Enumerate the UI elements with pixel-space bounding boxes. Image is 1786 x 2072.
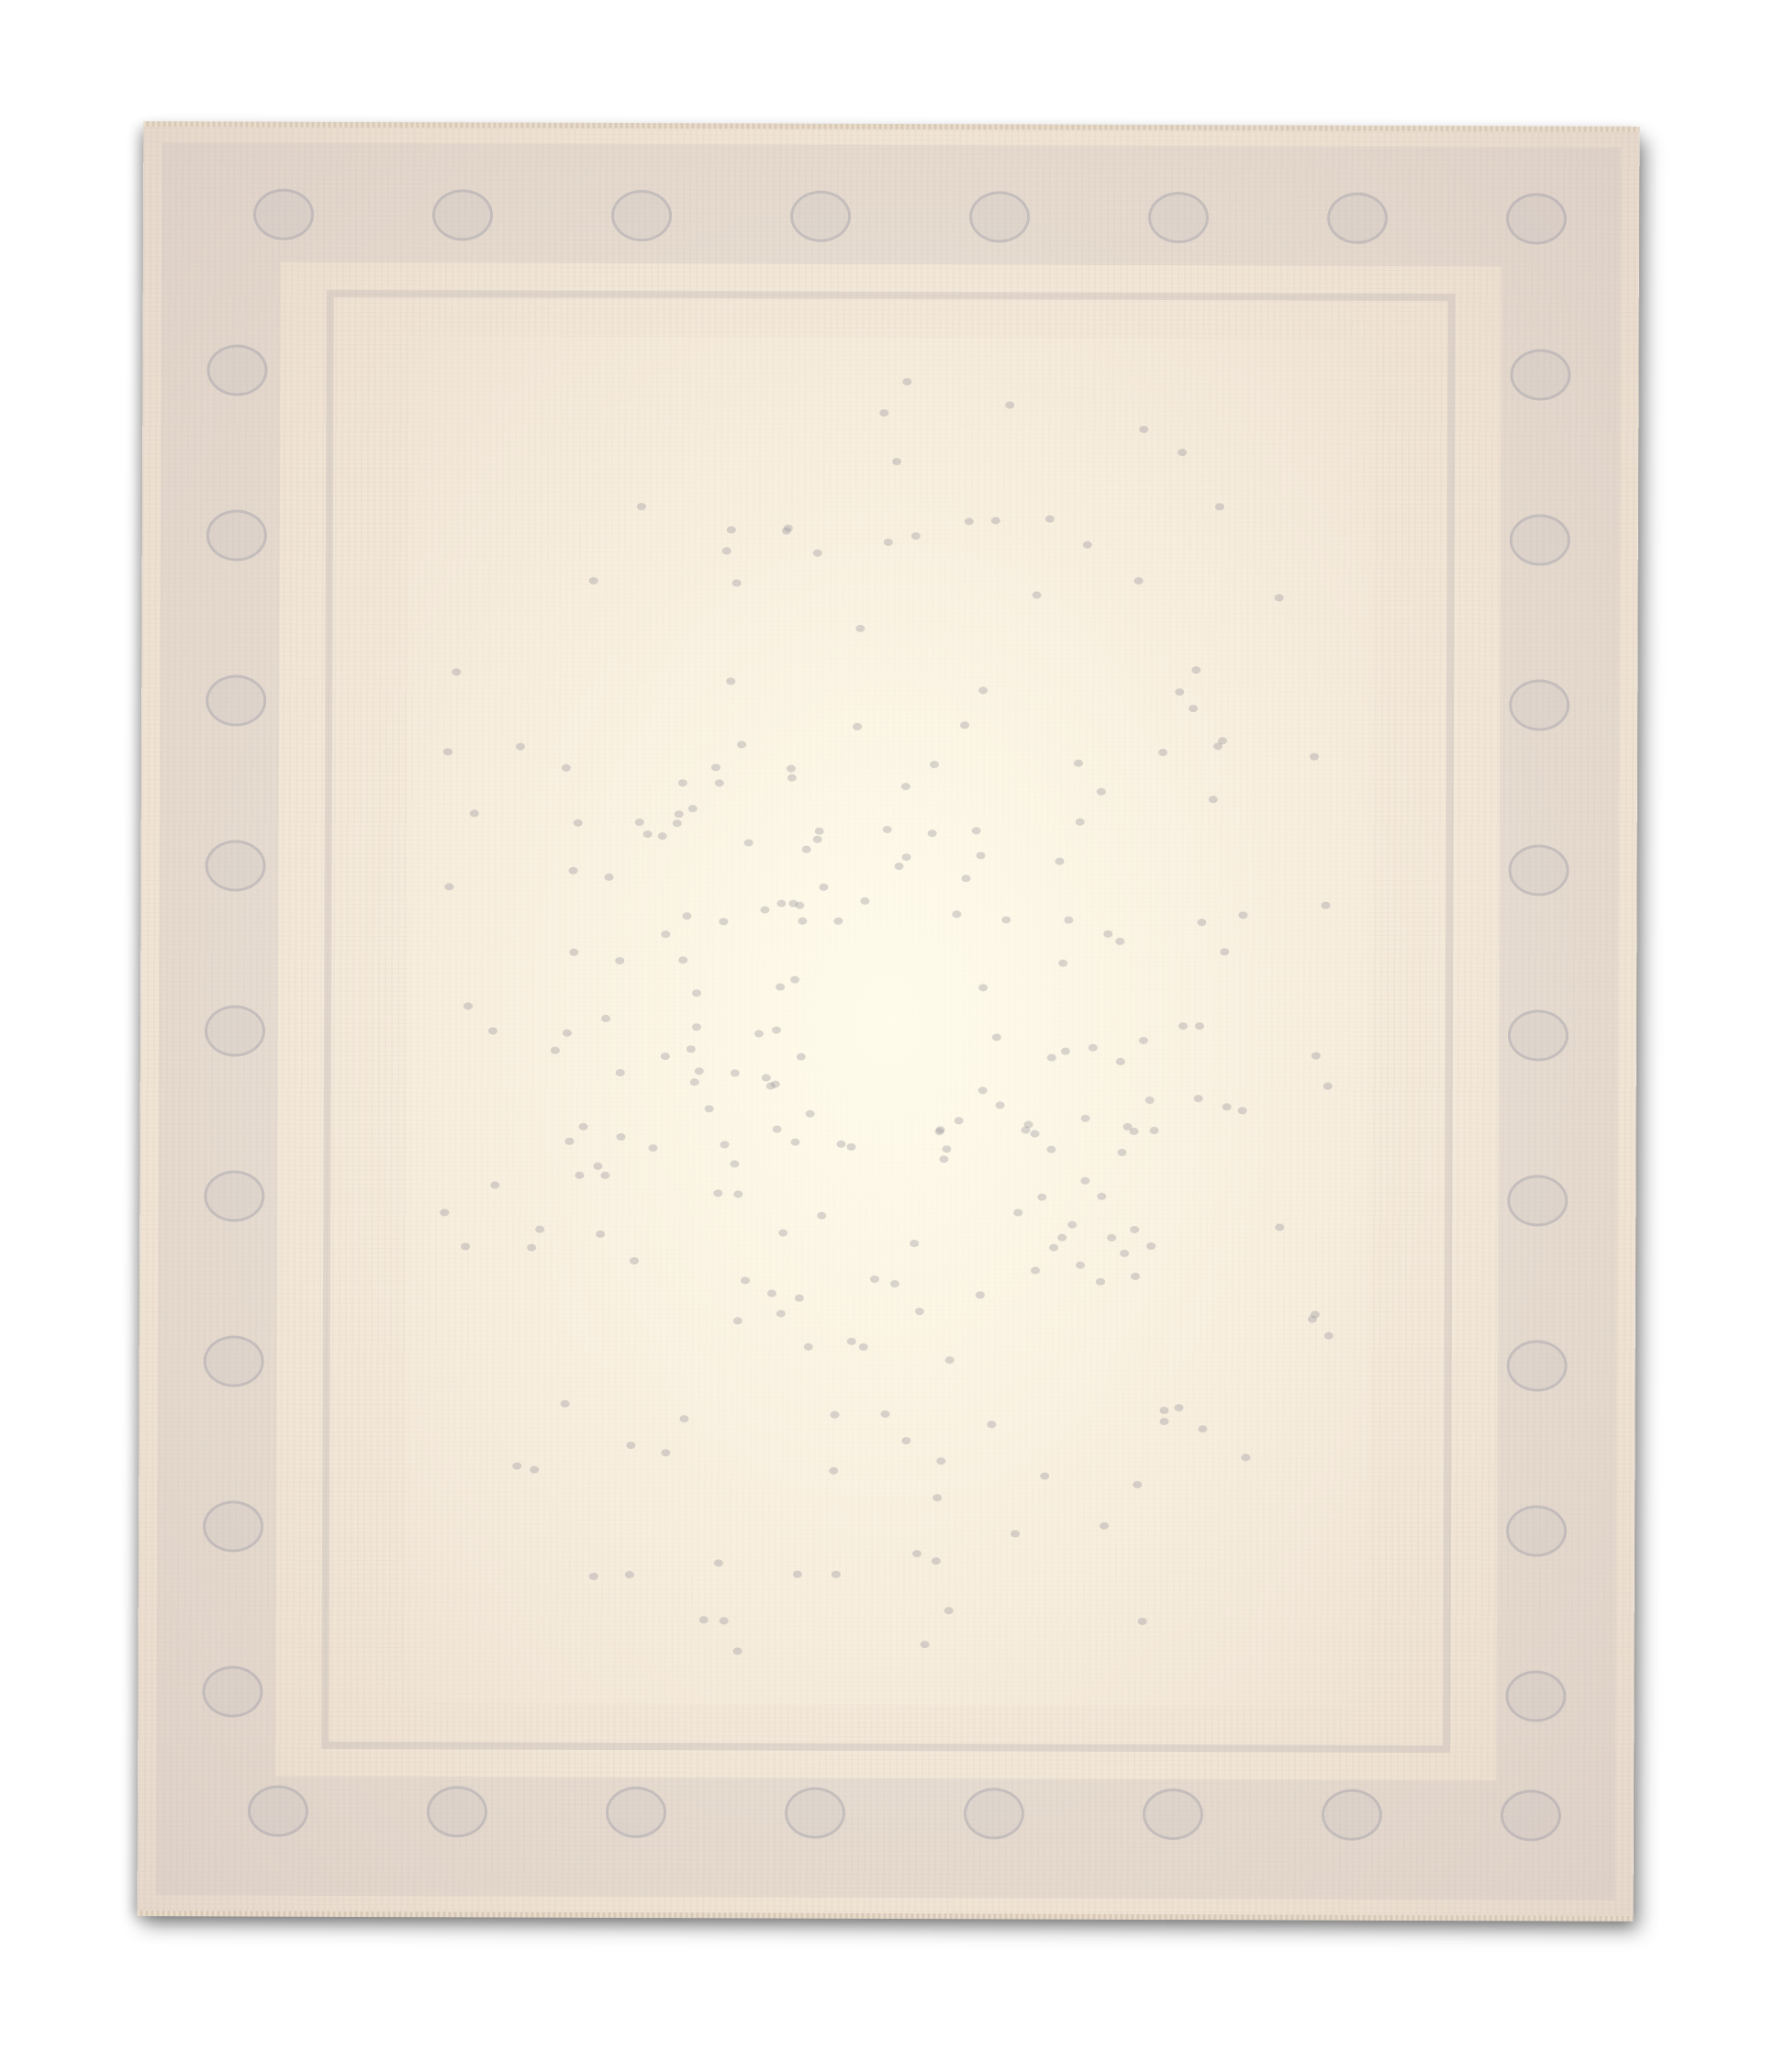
floral-fleck [1238,911,1247,919]
palmette-motif [253,189,314,240]
palmette-motif [1507,1175,1568,1226]
floral-fleck [892,458,901,465]
floral-fleck [733,1190,742,1198]
floral-fleck [772,1125,781,1132]
floral-fleck [443,748,452,755]
floral-fleck [940,1155,949,1163]
floral-fleck [661,1053,670,1060]
floral-fleck [884,539,893,546]
floral-fleck [744,839,753,846]
floral-fleck [797,1053,806,1060]
floral-fleck [726,678,735,685]
palmette-motif [204,1335,264,1387]
palmette-motif [790,191,851,242]
floral-fleck [563,1029,572,1036]
floral-fleck [853,723,862,730]
floral-fleck [527,1243,536,1251]
floral-fleck [731,579,741,586]
floral-fleck [1133,1481,1142,1488]
floral-fleck [1117,1148,1126,1155]
floral-fleck [977,1087,987,1095]
floral-fleck [487,1028,497,1035]
floral-fleck [561,1400,570,1408]
floral-fleck [1115,1058,1124,1065]
palmette-motif [1327,193,1388,244]
palmette-motif [432,189,493,240]
floral-fleck [1010,1530,1020,1537]
floral-fleck [1005,401,1014,408]
floral-fleck [719,919,728,926]
floral-fleck [995,1101,1004,1108]
palmette-motif [785,1788,845,1839]
floral-fleck [928,830,937,837]
palmette-motif [1501,1789,1561,1841]
floral-fleck [730,1160,739,1167]
floral-fleck [1076,818,1085,825]
floral-fleck [1081,1176,1090,1184]
floral-fleck [692,1023,701,1030]
floral-fleck [930,761,939,768]
palmette-motif [206,674,266,726]
floral-fleck [870,1276,879,1283]
floral-fleck [901,783,910,790]
floral-fleck [911,532,921,540]
rug-bottom-edge [138,1910,1634,1922]
palmette-motif [1148,192,1209,243]
floral-fleck [1146,1242,1155,1250]
floral-fleck [1122,1123,1132,1131]
floral-fleck [855,624,865,631]
floral-fleck [593,1163,602,1170]
floral-fleck [678,779,687,786]
floral-fleck [1065,916,1074,923]
palmette-motif [1143,1788,1203,1840]
floral-fleck [512,1462,521,1469]
floral-fleck [699,1616,709,1623]
floral-fleck [901,1437,910,1444]
floral-fleck [551,1046,560,1053]
rug [138,124,1640,1919]
floral-fleck [818,1211,827,1219]
palmette-motif [611,190,672,241]
floral-fleck [630,1257,639,1264]
palmette-motif [1506,1505,1567,1556]
palmette-motif [205,1005,265,1056]
floral-fleck [683,912,692,919]
floral-fleck [915,1308,924,1315]
floral-fleck [1222,1103,1232,1110]
floral-fleck [1198,1425,1207,1432]
floral-fleck [1197,919,1206,926]
palmette-motif [1510,514,1570,565]
floral-fleck [762,1074,771,1081]
floral-fleck [1175,688,1184,696]
floral-fleck [1115,938,1124,945]
floral-fleck [1001,916,1010,923]
floral-fleck [692,989,701,997]
floral-fleck [1131,1273,1140,1280]
palmette-motif [204,1170,264,1221]
floral-fleck [1241,1454,1250,1462]
floral-fleck [903,378,912,385]
floral-fleck [976,852,985,860]
palmette-motif [1505,1670,1566,1721]
floral-fleck [1031,1267,1040,1275]
floral-fleck [661,1449,670,1456]
floral-fleck [767,1290,776,1298]
floral-fleck [778,1230,787,1237]
palmette-motif [1507,1340,1568,1391]
floral-fleck [658,832,667,840]
floral-fleck [776,1310,785,1318]
palmette-motif [205,840,265,891]
floral-fleck [569,867,578,874]
floral-fleck [648,1144,657,1152]
floral-fleck [978,686,988,694]
palmette-motif [1506,193,1567,244]
floral-fleck [711,763,720,771]
palmette-motif [1508,844,1568,896]
floral-fleck [1220,948,1229,955]
palmette-motif [969,191,1030,242]
floral-fleck [992,1033,1001,1041]
floral-fleck [643,830,653,838]
floral-fleck [895,863,904,870]
floral-fleck [812,835,821,842]
floral-fleck [715,779,724,786]
palmette-motif [606,1787,666,1838]
floral-fleck [719,1617,728,1624]
floral-fleck [776,983,785,990]
floral-fleck [575,1171,585,1178]
floral-fleck [880,1410,889,1418]
floral-fleck [440,1209,449,1216]
floral-fleck [704,1105,713,1112]
floral-fleck [765,1082,775,1089]
palmette-motif [1509,679,1569,730]
floral-fleck [1275,594,1284,601]
floral-fleck [1088,1044,1098,1052]
floral-fleck [1013,1209,1022,1216]
floral-fleck [1150,1127,1159,1134]
floral-fleck [813,549,822,556]
floral-fleck [634,819,643,826]
floral-fleck [790,975,799,983]
floral-fleck [960,721,969,729]
palmette-motif [1508,1009,1568,1061]
palmette-motif [203,1500,263,1552]
floral-fleck [637,503,646,510]
floral-fleck [579,1123,588,1131]
floral-fleck [942,1145,951,1153]
floral-fleck [882,826,891,833]
floral-fleck [798,917,808,924]
floral-fleck [912,1550,921,1557]
floral-fleck [1130,1226,1139,1233]
floral-fleck [978,984,988,991]
palmette-motif [1322,1789,1382,1841]
floral-fleck [616,1133,625,1141]
floral-fleck [805,1109,814,1117]
floral-fleck [604,874,613,881]
rug-top-edge [143,121,1639,132]
floral-fleck [987,1420,996,1428]
floral-fleck [1107,1234,1116,1242]
floral-fleck [815,827,824,834]
palmette-motif [207,509,267,561]
floral-fleck [782,528,791,535]
floral-fleck [788,900,798,908]
floral-fleck [1047,1145,1056,1153]
palmette-motif [248,1786,308,1837]
floral-fleck [689,1078,698,1086]
palmette-motif [202,1665,262,1717]
floral-fleck [695,1067,704,1075]
floral-fleck [1057,1233,1066,1241]
floral-fleck [1312,1052,1321,1059]
floral-fleck [1139,1036,1148,1043]
floral-fleck [1138,1618,1147,1625]
floral-fleck [1139,426,1148,433]
floral-fleck [1322,901,1331,908]
floral-fleck [890,1280,899,1287]
floral-fleck [1061,1047,1070,1054]
floral-fleck [991,517,1000,524]
palmette-motif [207,344,267,395]
floral-fleck [737,741,746,748]
palmette-motif [1510,349,1570,400]
floral-fleck [1189,705,1198,712]
floral-fleck [1074,759,1083,766]
floral-fleck [847,1337,856,1344]
floral-fleck [1058,959,1067,966]
palmette-motif [964,1788,1024,1839]
floral-fleck [861,897,870,905]
floral-fleck [596,1231,605,1238]
palmette-motif [427,1786,487,1837]
floral-fleck [1323,1082,1332,1089]
floral-fleck [1045,515,1055,522]
floral-fleck [687,805,697,812]
floral-fleck [804,1342,813,1350]
floral-fleck [787,774,797,782]
floral-fleck [741,1276,750,1284]
